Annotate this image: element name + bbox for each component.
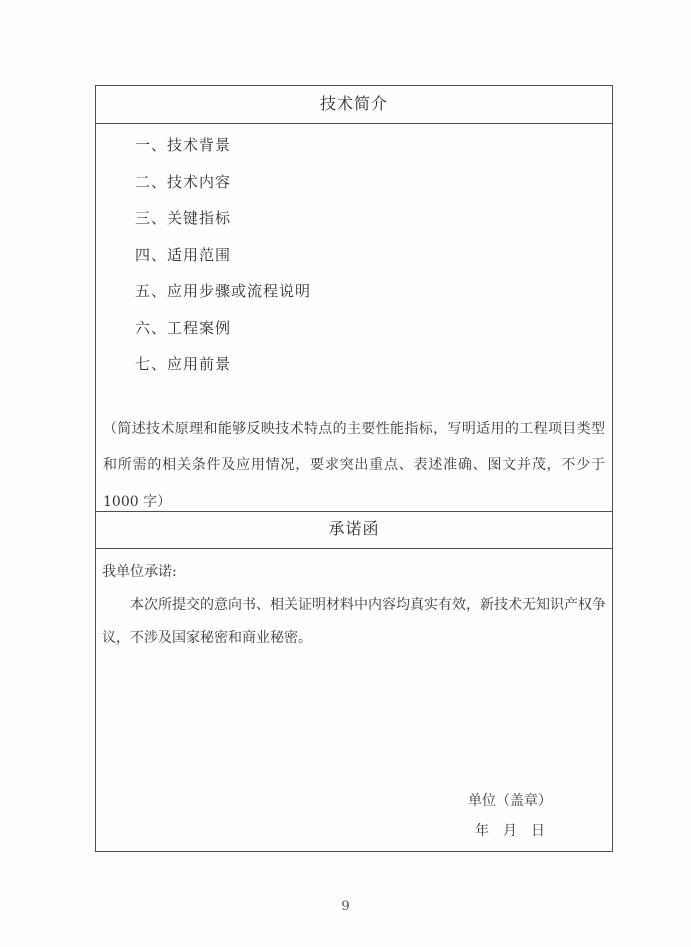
outline-item: 三、关键指标 bbox=[135, 201, 612, 238]
signature-block: 单位（盖章） 年 月 日 bbox=[468, 786, 552, 846]
commitment-title: 承诺函 bbox=[96, 512, 612, 549]
tech-outline-list: 一、技术背景 二、技术内容 三、关键指标 四、适用范围 五、应用步骤或流程说明 … bbox=[96, 124, 612, 384]
outline-item: 二、技术内容 bbox=[135, 165, 612, 202]
commitment-salutation: 我单位承诺: bbox=[96, 556, 612, 589]
date-label: 年 月 日 bbox=[468, 816, 552, 846]
outline-item: 四、适用范围 bbox=[135, 238, 612, 275]
tech-intro-title: 技术简介 bbox=[96, 86, 612, 124]
tech-intro-body: 一、技术背景 二、技术内容 三、关键指标 四、适用范围 五、应用步骤或流程说明 … bbox=[96, 124, 612, 512]
instruction-note: （简述技术原理和能够反映技术特点的主要性能指标，写明适用的工程项目类型和所需的相… bbox=[96, 411, 612, 513]
document-page: 技术简介 一、技术背景 二、技术内容 三、关键指标 四、适用范围 五、应用步骤或… bbox=[0, 0, 691, 947]
commitment-body-cell: 我单位承诺: 本次所提交的意向书、相关证明材料中内容均真实有效，新技术无知识产权… bbox=[96, 549, 612, 851]
form-table: 技术简介 一、技术背景 二、技术内容 三、关键指标 四、适用范围 五、应用步骤或… bbox=[95, 85, 613, 852]
commitment-body: 本次所提交的意向书、相关证明材料中内容均真实有效，新技术无知识产权争议，不涉及国… bbox=[96, 589, 612, 655]
outline-item: 五、应用步骤或流程说明 bbox=[135, 274, 612, 311]
outline-item: 七、应用前景 bbox=[135, 347, 612, 384]
outline-item: 六、工程案例 bbox=[135, 311, 612, 348]
page-number: 9 bbox=[0, 899, 691, 914]
outline-item: 一、技术背景 bbox=[135, 128, 612, 165]
unit-seal-label: 单位（盖章） bbox=[468, 786, 552, 816]
